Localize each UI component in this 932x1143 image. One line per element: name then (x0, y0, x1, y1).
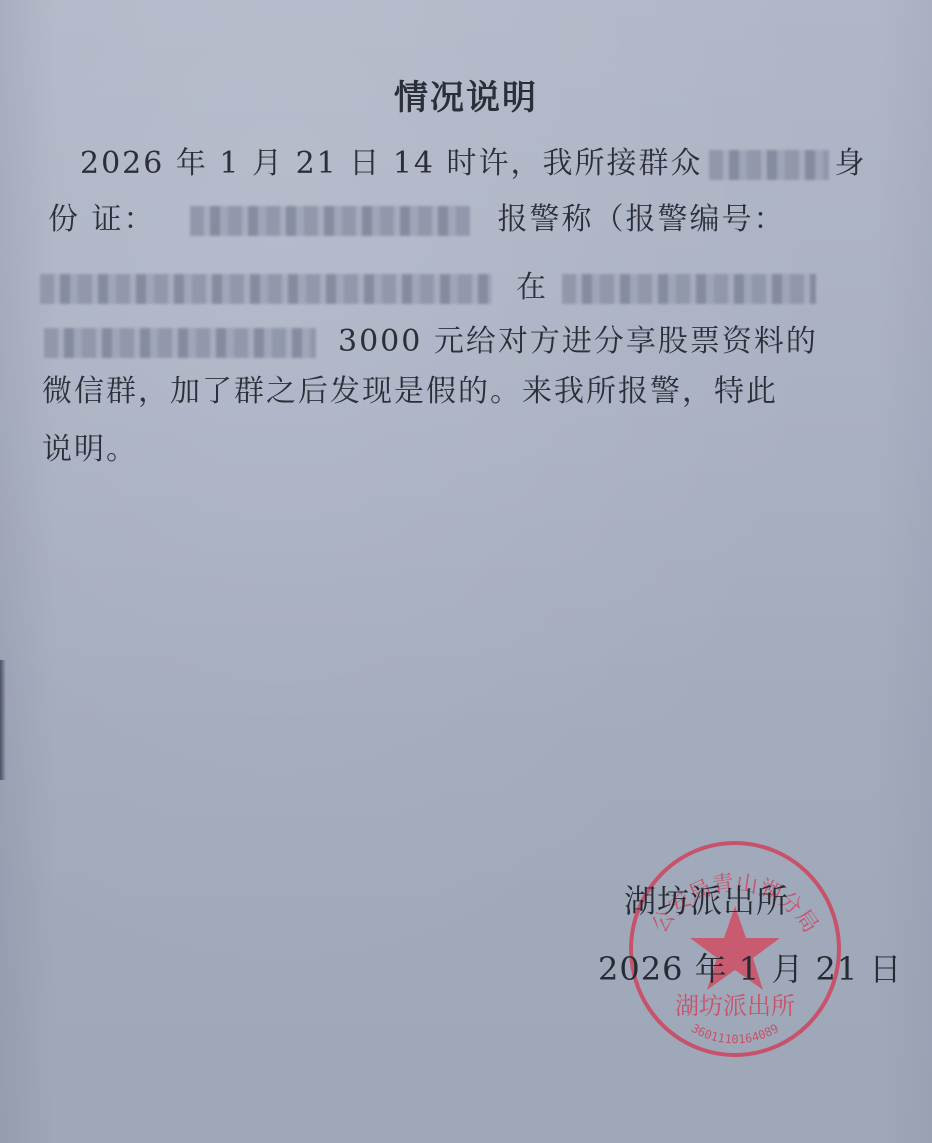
redacted-details (44, 328, 316, 358)
line-text: 身 (835, 146, 867, 181)
line-text: 2026 年 1 月 21 日 14 时许，我所接群众 (80, 146, 703, 181)
line-text: 在 (516, 270, 548, 305)
redacted-id-number (190, 206, 470, 236)
redacted-location (562, 274, 816, 304)
redacted-report-number (40, 274, 492, 304)
body-line-3: 在 (40, 262, 816, 306)
svg-text:3601110164089: 3601110164089 (689, 1021, 781, 1046)
paper-edge-shadow (0, 660, 6, 780)
document-title: 情况说明 (0, 70, 932, 119)
line-text: 份 证： (48, 202, 156, 237)
line-text: 说明。 (42, 432, 138, 467)
body-line-5: 微信群，加了群之后发现是假的。来我所报警，特此 (42, 366, 778, 410)
seal-inner-text: 湖坊派出所 (675, 992, 795, 1020)
body-line-6: 说明。 (42, 424, 138, 468)
line-text: 报警称（报警编号： (498, 202, 786, 237)
redacted-name (709, 150, 829, 180)
signature-date: 2026 年 1 月 21 日 (598, 944, 902, 990)
line-text: 3000 元给对方进分享股票资料的 (338, 324, 818, 359)
signature-organization: 湖坊派出所 (624, 876, 789, 922)
body-line-4: 3000 元给对方进分享股票资料的 (44, 316, 818, 360)
seal-code: 3601110164089 (689, 1021, 781, 1046)
line-text: 微信群，加了群之后发现是假的。来我所报警，特此 (42, 374, 778, 409)
body-line-2: 份 证：报警称（报警编号： (48, 194, 786, 238)
body-line-1: 2026 年 1 月 21 日 14 时许，我所接群众身 (80, 138, 867, 182)
